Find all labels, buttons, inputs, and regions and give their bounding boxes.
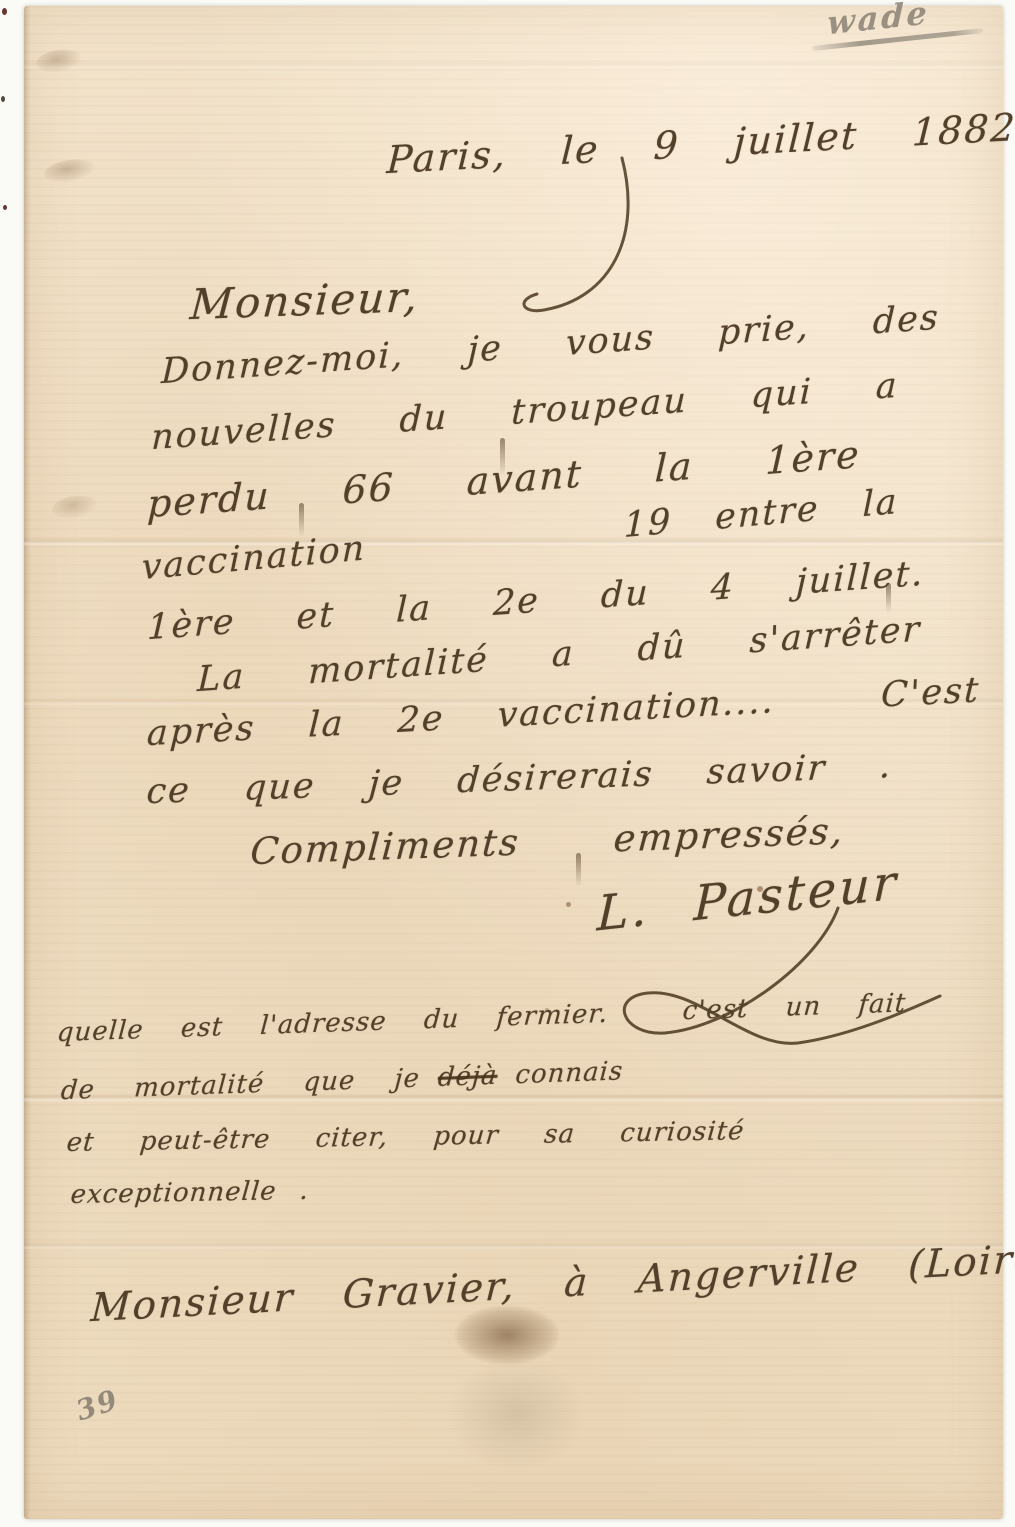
postscript-text: connais — [514, 1056, 624, 1090]
dateline-flourish — [510, 150, 710, 335]
edge-mark — [3, 205, 7, 210]
signature-flourish — [560, 875, 980, 1075]
edge-mark — [2, 8, 7, 15]
struck-word: déjà — [437, 1061, 499, 1093]
edge-mark — [1, 96, 5, 102]
salutation: Monsieur, — [189, 272, 421, 329]
scanned-letter: wade 39 Paris, le 9 juillet 1882 Monsieu… — [0, 0, 1015, 1527]
smudge-stain — [442, 1352, 592, 1477]
postscript-line: exceptionnelle . — [69, 1176, 310, 1210]
fold-crease — [24, 60, 1003, 69]
ink-blot — [455, 1306, 559, 1364]
